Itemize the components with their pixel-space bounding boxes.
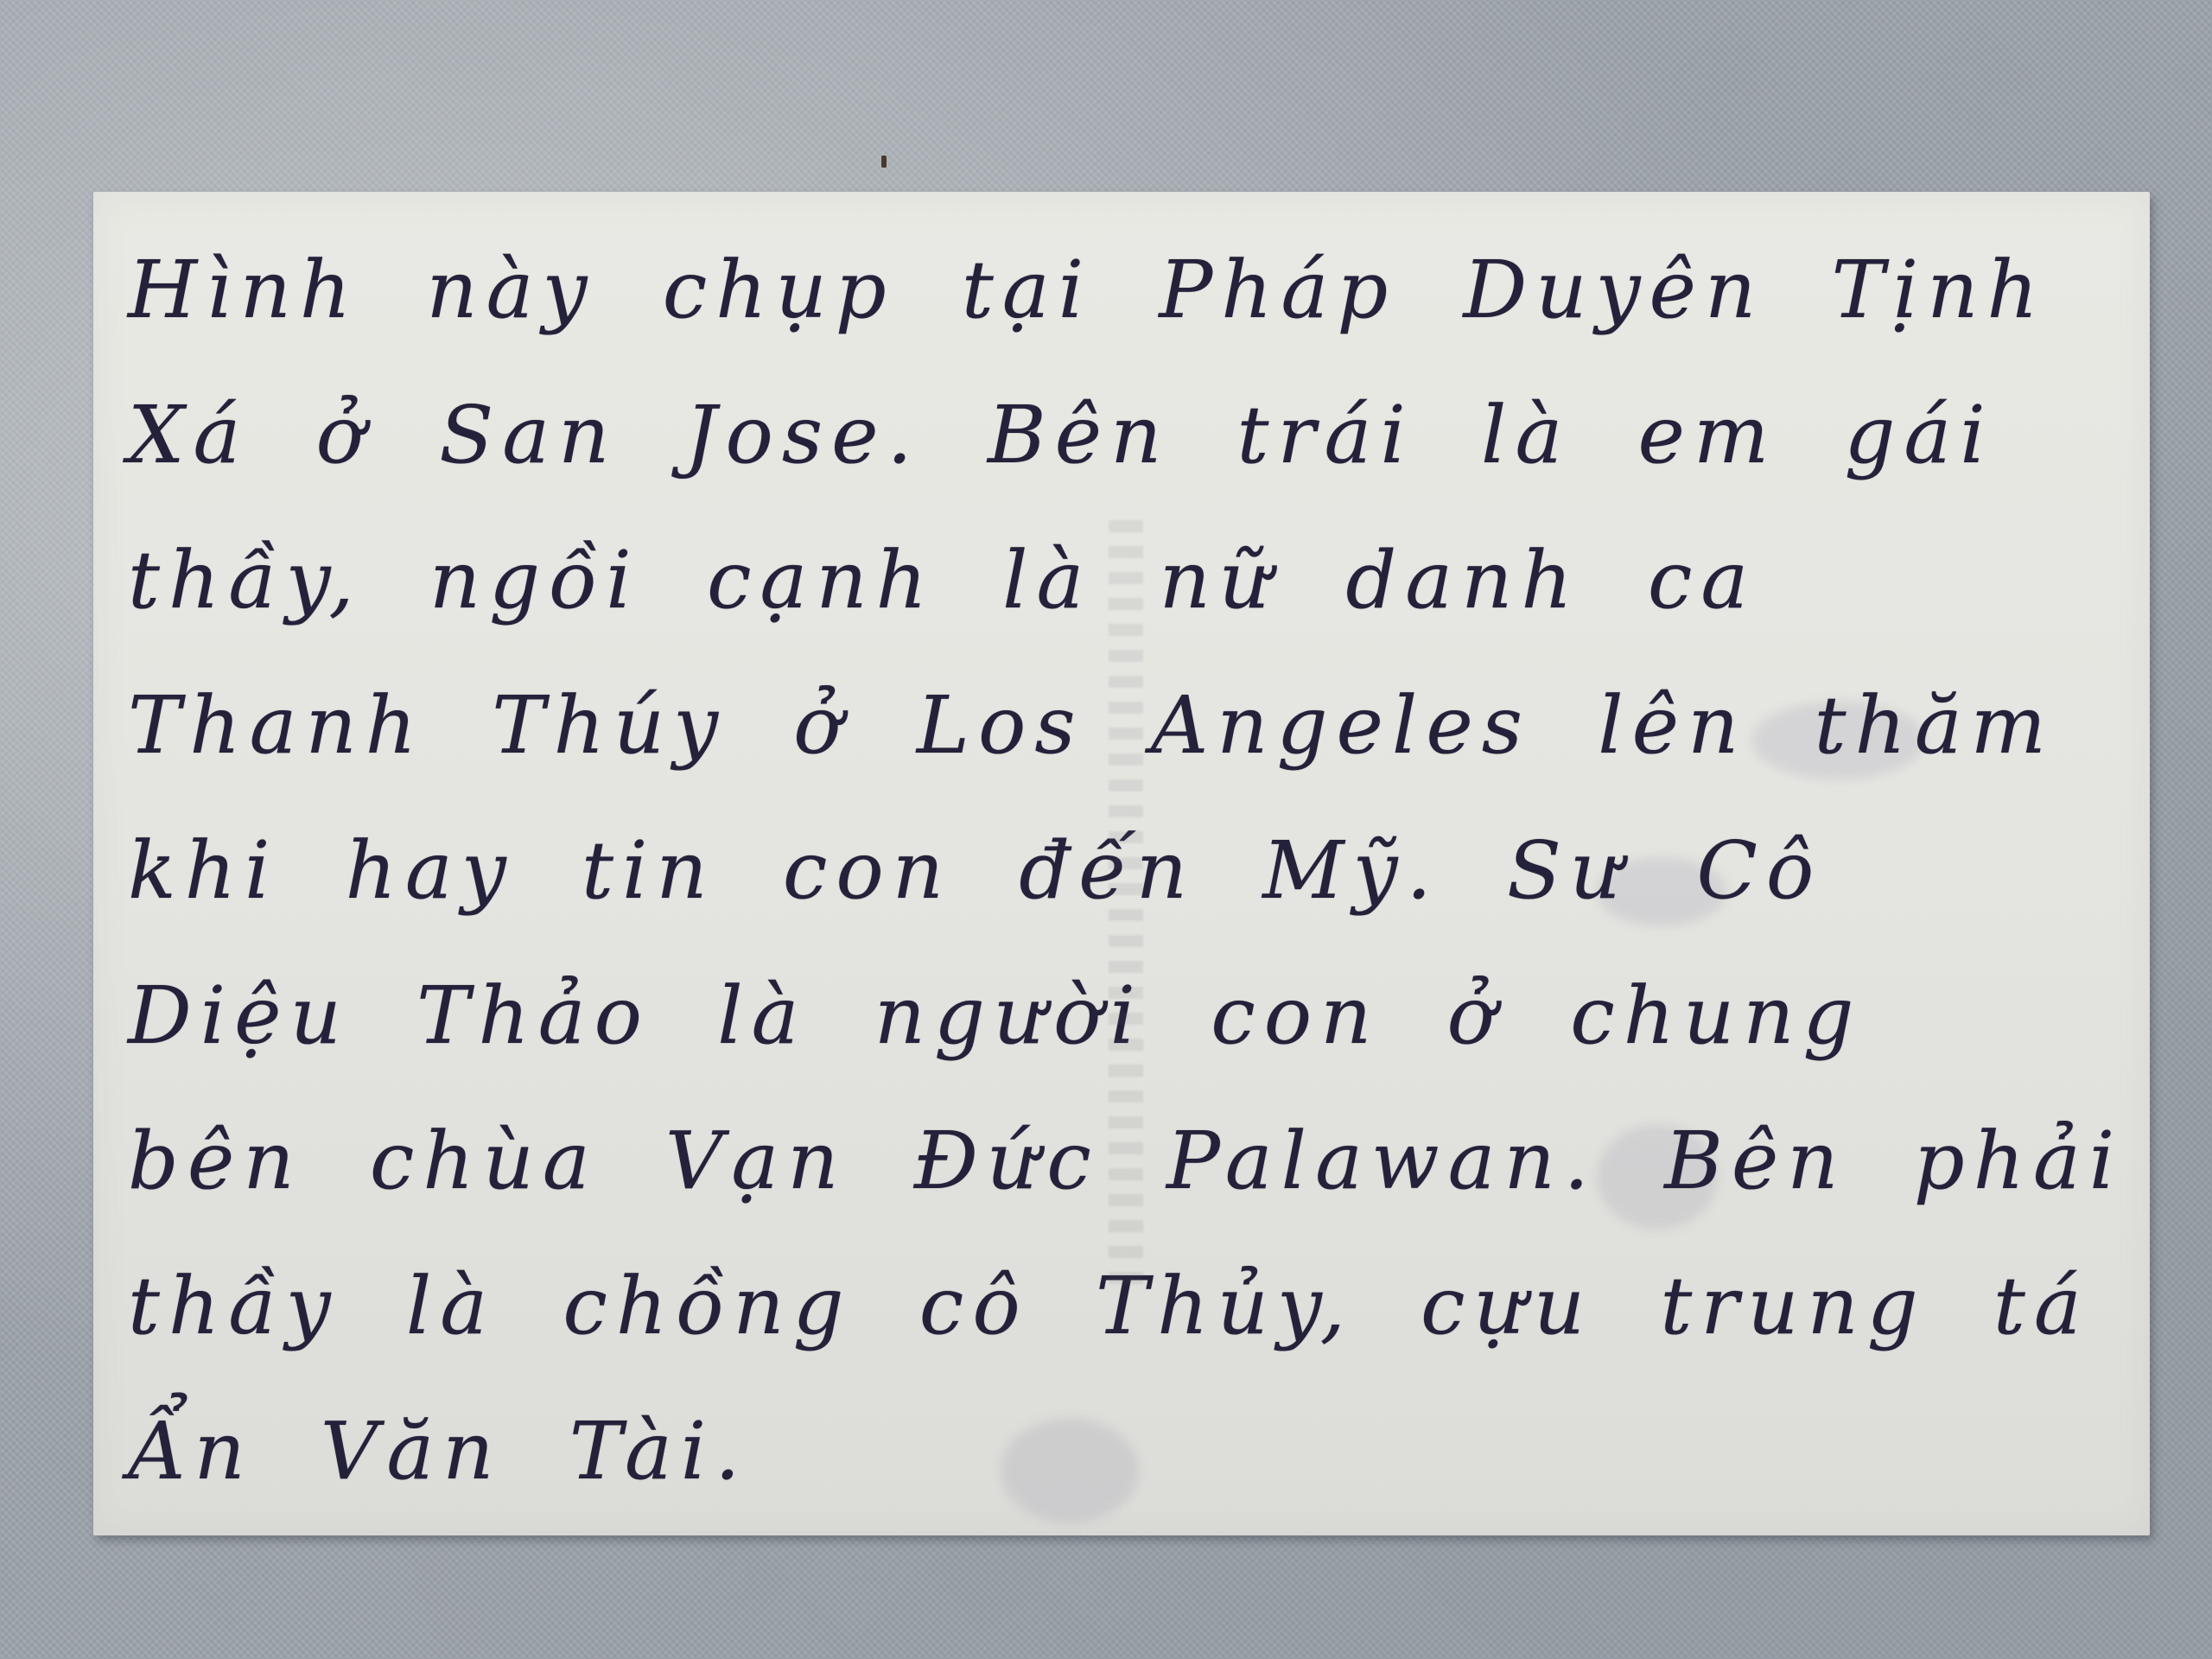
handwritten-note: Hình này chụp tại Pháp Duyên Tịnh Xá ở S… [128, 218, 2124, 1524]
note-line: Ẩn Văn Tài. [128, 1379, 2124, 1524]
note-line: Hình này chụp tại Pháp Duyên Tịnh [128, 218, 2124, 363]
note-line: Diệu Thảo là người con ở chung [128, 944, 2124, 1089]
note-line: thầy, ngồi cạnh là nữ danh ca [128, 508, 2124, 653]
note-line: bên chùa Vạn Đức Palawan. Bên phải [128, 1089, 2124, 1234]
photo-back-card: Hình này chụp tại Pháp Duyên Tịnh Xá ở S… [93, 192, 2150, 1535]
note-line: Xá ở San Jose. Bên trái là em gái [128, 363, 2124, 508]
dust-speck [881, 156, 887, 168]
note-line: Thanh Thúy ở Los Angeles lên thăm [128, 653, 2124, 798]
note-line: khi hay tin con đến Mỹ. Sư Cô [128, 798, 2124, 944]
note-line: thầy là chồng cô Thủy, cựu trung tá [128, 1234, 2124, 1379]
